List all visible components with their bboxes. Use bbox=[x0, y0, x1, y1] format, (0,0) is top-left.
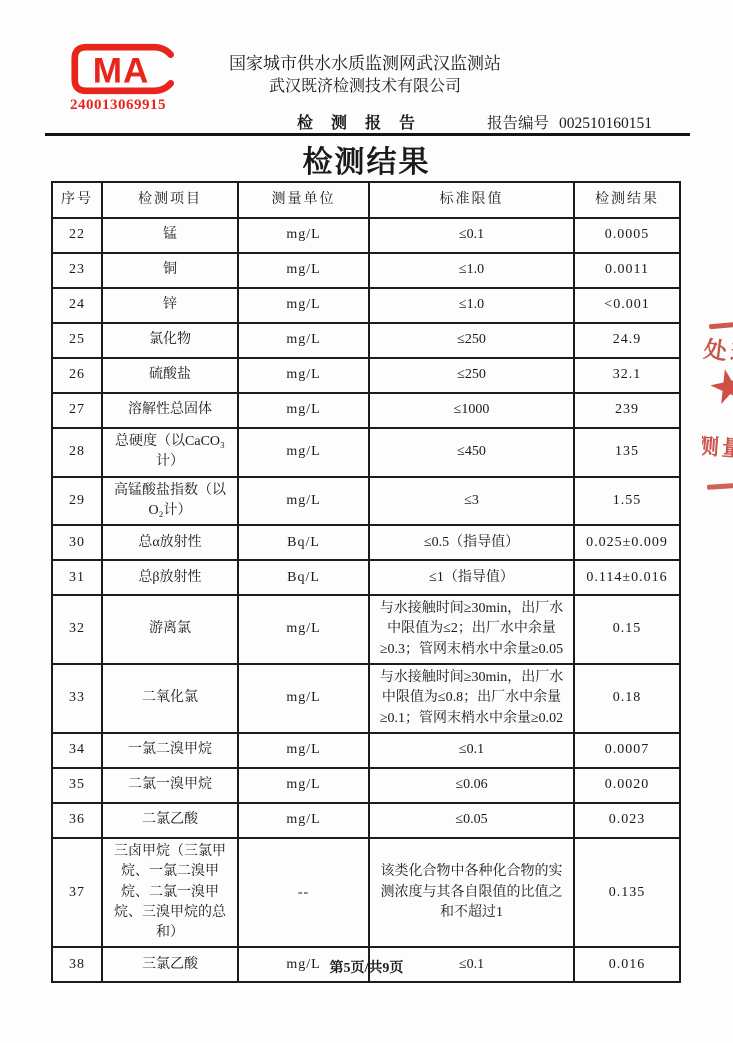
result-cell: 0.0020 bbox=[574, 768, 680, 803]
unit-cell: mg/L bbox=[238, 288, 369, 323]
row-no-cell: 32 bbox=[52, 595, 102, 664]
item-name-cell: 硫酸盐 bbox=[102, 358, 238, 393]
result-cell: <0.001 bbox=[574, 288, 680, 323]
unit-cell: mg/L bbox=[238, 664, 369, 733]
unit-cell: mg/L bbox=[238, 428, 369, 477]
unit-cell: Bq/L bbox=[238, 525, 369, 560]
row-no-cell: 34 bbox=[52, 733, 102, 768]
limit-cell: ≤1（指导值） bbox=[369, 560, 574, 595]
item-name-cell: 总硬度（以CaCO₃计） bbox=[102, 428, 238, 477]
page-title: 检测结果 bbox=[0, 137, 733, 181]
cma-certificate-number: 240013069915 bbox=[70, 97, 200, 114]
row-no-cell: 36 bbox=[52, 803, 102, 838]
col-header-unit: 测量单位 bbox=[238, 182, 369, 218]
result-cell: 0.023 bbox=[574, 803, 680, 838]
item-name-cell: 三卤甲烷（三氯甲烷、一氯二溴甲烷、二氯一溴甲烷、三溴甲烷的总和） bbox=[102, 838, 238, 947]
table-row: 24锌mg/L≤1.0<0.001 bbox=[52, 288, 680, 323]
result-cell: 0.0011 bbox=[574, 253, 680, 288]
limit-cell: 该类化合物中各种化合物的实测浓度与其各自限值的比值之和不超过1 bbox=[369, 838, 574, 947]
report-number: 报告编号002510160151 bbox=[487, 111, 652, 133]
result-cell: 0.0005 bbox=[574, 218, 680, 253]
col-header-limit: 标准限值 bbox=[369, 182, 574, 218]
report-page: MA 240013069915 国家城市供水水质监测网武汉监测站 武汉既济检测技… bbox=[0, 0, 733, 1043]
row-no-cell: 25 bbox=[52, 323, 102, 358]
row-no-cell: 33 bbox=[52, 664, 102, 733]
table-row: 26硫酸盐mg/L≤25032.1 bbox=[52, 358, 680, 393]
stamp-text-fragment-top: 处理 bbox=[702, 331, 733, 370]
row-no-cell: 29 bbox=[52, 477, 102, 526]
table-row: 37三卤甲烷（三氯甲烷、一氯二溴甲烷、二氯一溴甲烷、三溴甲烷的总和）--该类化合… bbox=[52, 838, 680, 947]
limit-cell: ≤0.1 bbox=[369, 218, 574, 253]
result-cell: 0.15 bbox=[574, 595, 680, 664]
item-name-cell: 二氯一溴甲烷 bbox=[102, 768, 238, 803]
col-header-item: 检测项目 bbox=[102, 182, 238, 218]
item-name-cell: 溶解性总固体 bbox=[102, 393, 238, 428]
limit-cell: ≤3 bbox=[369, 477, 574, 526]
row-no-cell: 37 bbox=[52, 838, 102, 947]
limit-cell: ≤0.5（指导值） bbox=[369, 525, 574, 560]
limit-cell: ≤0.06 bbox=[369, 768, 574, 803]
result-cell: 0.025±0.009 bbox=[574, 525, 680, 560]
limit-cell: ≤0.1 bbox=[369, 733, 574, 768]
col-header-no: 序号 bbox=[52, 182, 102, 218]
results-table: 序号 检测项目 测量单位 标准限值 检测结果 22锰mg/L≤0.10.0005… bbox=[51, 181, 681, 983]
unit-cell: mg/L bbox=[238, 803, 369, 838]
row-no-cell: 35 bbox=[52, 768, 102, 803]
row-no-cell: 27 bbox=[52, 393, 102, 428]
row-no-cell: 28 bbox=[52, 428, 102, 477]
limit-cell: ≤250 bbox=[369, 323, 574, 358]
row-no-cell: 31 bbox=[52, 560, 102, 595]
stamp-border-bottom bbox=[707, 483, 733, 490]
unit-cell: mg/L bbox=[238, 733, 369, 768]
limit-cell: ≤0.05 bbox=[369, 803, 574, 838]
table-row: 31总β放射性Bq/L≤1（指导值）0.114±0.016 bbox=[52, 560, 680, 595]
result-cell: 0.18 bbox=[574, 664, 680, 733]
result-cell: 24.9 bbox=[574, 323, 680, 358]
edge-stamp: 处理 ★ 测量 bbox=[702, 318, 733, 506]
unit-cell: mg/L bbox=[238, 323, 369, 358]
star-icon: ★ bbox=[704, 360, 733, 414]
col-header-result: 检测结果 bbox=[574, 182, 680, 218]
item-name-cell: 二氧化氯 bbox=[102, 664, 238, 733]
report-number-value: 002510160151 bbox=[559, 115, 652, 132]
table-row: 28总硬度（以CaCO₃计）mg/L≤450135 bbox=[52, 428, 680, 477]
item-name-cell: 一氯二溴甲烷 bbox=[102, 733, 238, 768]
result-cell: 32.1 bbox=[574, 358, 680, 393]
table-row: 35二氯一溴甲烷mg/L≤0.060.0020 bbox=[52, 768, 680, 803]
result-cell: 239 bbox=[574, 393, 680, 428]
unit-cell: mg/L bbox=[238, 393, 369, 428]
result-cell: 0.0007 bbox=[574, 733, 680, 768]
item-name-cell: 游离氯 bbox=[102, 595, 238, 664]
item-name-cell: 高锰酸盐指数（以O₂计） bbox=[102, 477, 238, 526]
item-name-cell: 总α放射性 bbox=[102, 525, 238, 560]
svg-text:MA: MA bbox=[93, 51, 150, 90]
table-row: 34一氯二溴甲烷mg/L≤0.10.0007 bbox=[52, 733, 680, 768]
limit-cell: ≤1000 bbox=[369, 393, 574, 428]
limit-cell: 与水接触时间≥30min，出厂水中限值为≤0.8；出厂水中余量≥0.1；管网末梢… bbox=[369, 664, 574, 733]
organization-header: 国家城市供水水质监测网武汉监测站 武汉既济检测技术有限公司 bbox=[150, 53, 580, 98]
table-row: 32游离氯mg/L与水接触时间≥30min，出厂水中限值为≤2；出厂水中余量≥0… bbox=[52, 595, 680, 664]
table-row: 22锰mg/L≤0.10.0005 bbox=[52, 218, 680, 253]
item-name-cell: 锰 bbox=[102, 218, 238, 253]
unit-cell: -- bbox=[238, 838, 369, 947]
report-number-label: 报告编号 bbox=[487, 115, 549, 132]
unit-cell: mg/L bbox=[238, 477, 369, 526]
table-row: 33二氧化氯mg/L与水接触时间≥30min，出厂水中限值为≤0.8；出厂水中余… bbox=[52, 664, 680, 733]
table-row: 27溶解性总固体mg/L≤1000239 bbox=[52, 393, 680, 428]
row-no-cell: 24 bbox=[52, 288, 102, 323]
table-header-row: 序号 检测项目 测量单位 标准限值 检测结果 bbox=[52, 182, 680, 218]
limit-cell: ≤250 bbox=[369, 358, 574, 393]
result-cell: 1.55 bbox=[574, 477, 680, 526]
unit-cell: mg/L bbox=[238, 253, 369, 288]
unit-cell: mg/L bbox=[238, 768, 369, 803]
item-name-cell: 二氯乙酸 bbox=[102, 803, 238, 838]
report-type-label: 检 测 报 告 bbox=[297, 110, 422, 133]
row-no-cell: 26 bbox=[52, 358, 102, 393]
table-row: 25氯化物mg/L≤25024.9 bbox=[52, 323, 680, 358]
result-cell: 0.135 bbox=[574, 838, 680, 947]
table-row: 30总α放射性Bq/L≤0.5（指导值）0.025±0.009 bbox=[52, 525, 680, 560]
row-no-cell: 30 bbox=[52, 525, 102, 560]
item-name-cell: 氯化物 bbox=[102, 323, 238, 358]
stamp-border-top bbox=[709, 322, 733, 330]
table-row: 36二氯乙酸mg/L≤0.050.023 bbox=[52, 803, 680, 838]
table-row: 23铜mg/L≤1.00.0011 bbox=[52, 253, 680, 288]
limit-cell: ≤1.0 bbox=[369, 253, 574, 288]
unit-cell: mg/L bbox=[238, 218, 369, 253]
header-divider bbox=[45, 133, 690, 136]
item-name-cell: 铜 bbox=[102, 253, 238, 288]
row-no-cell: 22 bbox=[52, 218, 102, 253]
limit-cell: ≤450 bbox=[369, 428, 574, 477]
result-cell: 135 bbox=[574, 428, 680, 477]
org-name-line1: 国家城市供水水质监测网武汉监测站 bbox=[150, 53, 580, 76]
item-name-cell: 锌 bbox=[102, 288, 238, 323]
item-name-cell: 总β放射性 bbox=[102, 560, 238, 595]
unit-cell: Bq/L bbox=[238, 560, 369, 595]
unit-cell: mg/L bbox=[238, 358, 369, 393]
page-number: 第5页/共9页 bbox=[0, 957, 733, 977]
stamp-text-fragment-bottom: 测量 bbox=[702, 429, 733, 463]
table-row: 29高锰酸盐指数（以O₂计）mg/L≤31.55 bbox=[52, 477, 680, 526]
limit-cell: 与水接触时间≥30min，出厂水中限值为≤2；出厂水中余量≥0.3；管网末梢水中… bbox=[369, 595, 574, 664]
org-name-line2: 武汉既济检测技术有限公司 bbox=[150, 76, 580, 98]
limit-cell: ≤1.0 bbox=[369, 288, 574, 323]
result-cell: 0.114±0.016 bbox=[574, 560, 680, 595]
row-no-cell: 23 bbox=[52, 253, 102, 288]
unit-cell: mg/L bbox=[238, 595, 369, 664]
